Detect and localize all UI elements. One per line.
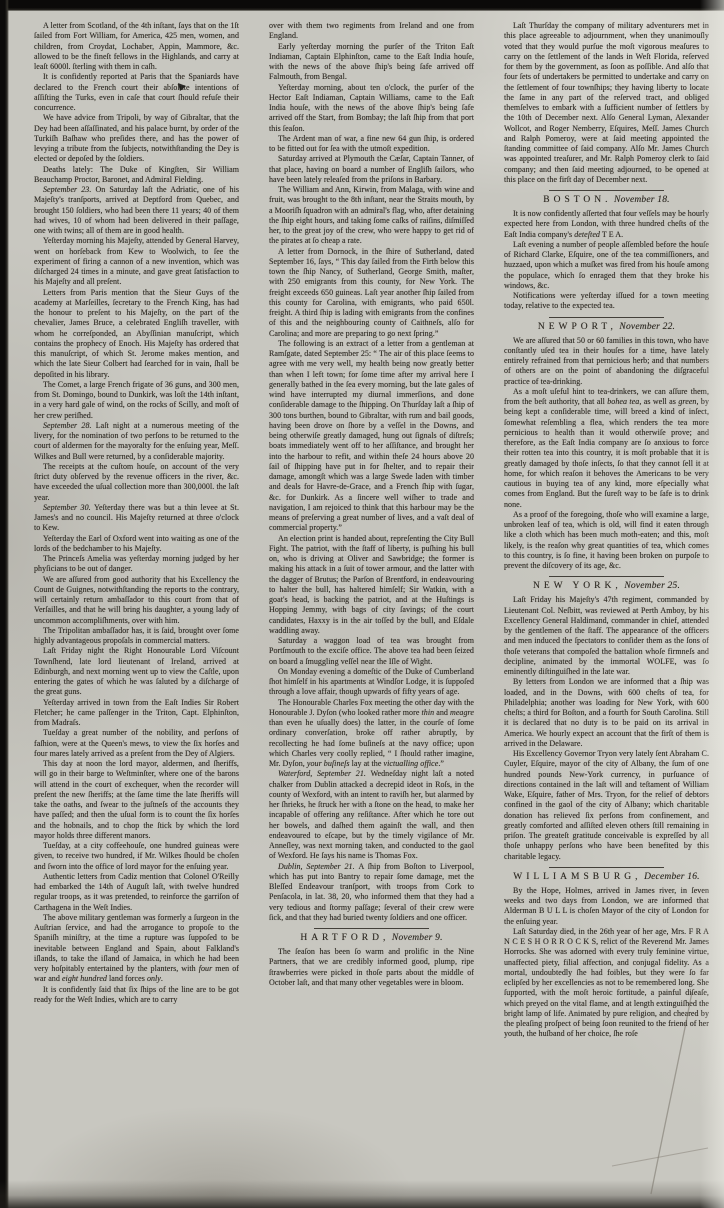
news-paragraph: over with them two regiments from Irelan… [269,21,474,42]
news-paragraph: The ſeaſon has been ſo warm and prolific… [269,947,474,988]
news-paragraph: Letters from Paris mention that the Sieu… [34,288,239,380]
news-paragraph: Laſt Friday his Majeſty's 47th regiment,… [504,595,709,677]
section-heading-new-york: NEW YORK, November 25. [504,580,709,593]
news-paragraph: Waterford, September 21. Wedneſday night… [269,769,474,861]
news-paragraph: This day at noon the lord mayor, alderme… [34,759,239,841]
news-paragraph: On Monday evening a domeſtic of the Duke… [269,667,474,698]
section-date: November 18. [611,195,669,205]
news-paragraph: The following is an extract of a letter … [269,339,474,534]
section-date: November 22. [617,322,675,332]
section-city: NEW YORK, [533,581,622,591]
news-paragraph: A letter from Dornock, in the ſhire of S… [269,247,474,339]
news-paragraph: We are aſſured from good authority that … [34,575,239,626]
news-paragraph: The above military gentleman was formerl… [34,913,239,985]
news-paragraph: The William and Ann, Kirwin, from Malaga… [269,185,474,247]
news-paragraph: The Tripolitan ambaſſador has, it is ſai… [34,626,239,647]
section-city: NEWPORT, [538,322,617,332]
news-paragraph: The Comet, a large French frigate of 36 … [34,380,239,421]
news-paragraph: An election print is handed about, repre… [269,534,474,637]
column-2: over with them two regiments from Irelan… [269,21,474,1182]
column-3: Laſt Thurſday the company of military ad… [504,21,709,1182]
news-paragraph: Authentic letters from Cadiz mention tha… [34,872,239,913]
news-paragraph: September 30. Yeſterday there was but a … [34,503,239,534]
news-paragraph: Laſt Friday night the Right Honourable L… [34,646,239,697]
news-paragraph: As a moſt uſeful hint to tea-drinkers, w… [504,387,709,510]
news-paragraph: We are aſſured that 50 or 60 families in… [504,336,709,387]
news-paragraph: By letters from London we are informed t… [504,677,709,749]
news-paragraph: The Ardent man of war, a fine new 64 gun… [269,134,474,155]
news-paragraph: Deaths lately: The Duke of Kingſten, Sir… [34,165,239,186]
news-paragraph: Early yeſterday morning the purſer of th… [269,42,474,83]
text-columns: A letter from Scotland, of the 4th inſta… [34,21,712,1182]
section-heading-hartford: HARTFORD, November 9. [269,932,474,945]
dateline: Dublin, September 21. [278,862,359,871]
column-1: A letter from Scotland, of the 4th inſta… [34,21,239,1182]
news-paragraph: Laſt Thurſday the company of military ad… [504,21,709,185]
news-paragraph: By the Hope, Holmes, arrived in James ri… [504,886,709,927]
news-paragraph: Tueſday a great number of the nobility, … [34,728,239,759]
dateline: September 30. [43,503,94,512]
news-paragraph: Yeſterday morning, about ten o'clock, th… [269,83,474,134]
bottom-scan-shadow [0,1180,724,1208]
dateline: Waterford, September 21. [278,769,371,778]
section-divider [549,867,664,868]
news-paragraph: Laſt evening a number of people aſſemble… [504,240,709,291]
section-date: November 9. [389,933,442,943]
news-paragraph: Yeſterday morning his Majeſty, attended … [34,236,239,287]
section-divider [549,190,664,191]
section-divider [549,317,664,318]
dateline: September 28. [43,421,96,430]
news-paragraph: It is confidently reported at Paris that… [34,72,239,113]
news-paragraph: His Excellency Governor Tryon very latel… [504,749,709,862]
left-scan-edge [0,0,9,1208]
news-paragraph: Saturday a waggon load of tea was brough… [269,636,474,667]
news-paragraph: Dublin, September 21. A ſhip from Boſton… [269,862,474,924]
section-heading-boston: BOSTON. November 18. [504,194,709,207]
news-paragraph: Saturday arrived at Plymouth the Cæſar, … [269,154,474,185]
section-divider [314,928,429,929]
news-paragraph: Yeſterday the Earl of Oxford went into w… [34,534,239,555]
news-paragraph: Laſt Saturday died, in the 26th year of … [504,927,709,1040]
newspaper-page: A letter from Scotland, of the 4th inſta… [0,0,724,1208]
news-paragraph: Notifications were yeſterday iſſued for … [504,291,709,312]
section-date: November 25. [622,581,680,591]
news-paragraph: The receipts at the cuſtom houſe, on acc… [34,462,239,503]
news-paragraph: September 23. On Saturday laſt the Adria… [34,185,239,236]
section-date: December 16. [642,872,700,882]
news-paragraph: Yeſterday arrived in town from the Eaſt … [34,698,239,729]
section-city: WILLIAMSBURG, [513,872,641,882]
news-paragraph: The Princeſs Amelia was yeſterday mornin… [34,554,239,575]
news-paragraph: It is confidently ſaid that ſix ſhips of… [34,985,239,1006]
news-paragraph: It is now confidently aſſerted that four… [504,209,709,240]
dateline: September 23. [43,185,95,194]
section-heading-williamsburg: WILLIAMSBURG, December 16. [504,871,709,884]
section-divider [549,576,664,577]
section-city: HARTFORD, [300,933,389,943]
news-paragraph: Tueſday, at a city coffeehouſe, one hund… [34,841,239,872]
news-paragraph: The Honourable Charles Fox meeting the o… [269,698,474,770]
news-paragraph: We have advice from Tripoli, by way of G… [34,113,239,164]
news-paragraph: A letter from Scotland, of the 4th inſta… [34,21,239,72]
section-heading-newport: NEWPORT, November 22. [504,321,709,334]
news-paragraph: As a proof of the foregoing, thoſe who w… [504,510,709,572]
section-city: BOSTON. [543,195,611,205]
news-paragraph: September 28. Laſt night at a numerous m… [34,421,239,462]
top-scan-edge [0,0,724,11]
